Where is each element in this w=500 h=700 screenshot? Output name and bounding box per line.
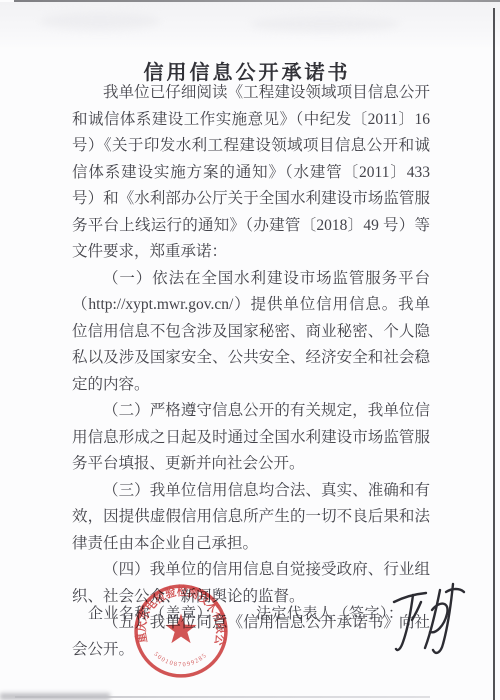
paragraph-intro: 我单位已仔细阅读《工程建设领域项目信息公开和诚信体系建设工作实施意见》（中纪发〔… <box>72 80 430 266</box>
seal-registration-number: 5001087099285 <box>152 651 208 669</box>
paragraph-item-3: （三）我单位信用信息均合法、真实、准确和有效，因提供虚假信用信息所产生的一切不良… <box>72 478 430 558</box>
scan-bleedthrough-band <box>0 2 500 50</box>
legal-representative-label: 法定代表人（签字）： <box>256 602 404 623</box>
document-body: 我单位已仔细阅读《工程建设领域项目信息公开和诚信体系建设工作实施意见》（中纪发〔… <box>72 80 430 663</box>
scanned-document-page: 信用信息公开承诺书 我单位已仔细阅读《工程建设领域项目信息公开和诚信体系建设工作… <box>0 0 500 700</box>
paragraph-item-2: （二）严格遵守信息公开的有关规定，我单位信用信息形成之日起及时通过全国水利建设市… <box>72 398 430 478</box>
company-seal: 重庆水电检验检测技术有限公司 5001087099285 <box>132 582 230 680</box>
star-icon <box>165 614 196 644</box>
scan-edge-bottom <box>15 696 430 698</box>
legal-representative-signature <box>388 576 480 672</box>
svg-text:5001087099285: 5001087099285 <box>152 651 208 669</box>
paragraph-item-1: （一）依法在全国水利建设市场监管服务平台（http://xypt.mwr.gov… <box>72 266 430 399</box>
scan-edge-right <box>493 8 496 700</box>
